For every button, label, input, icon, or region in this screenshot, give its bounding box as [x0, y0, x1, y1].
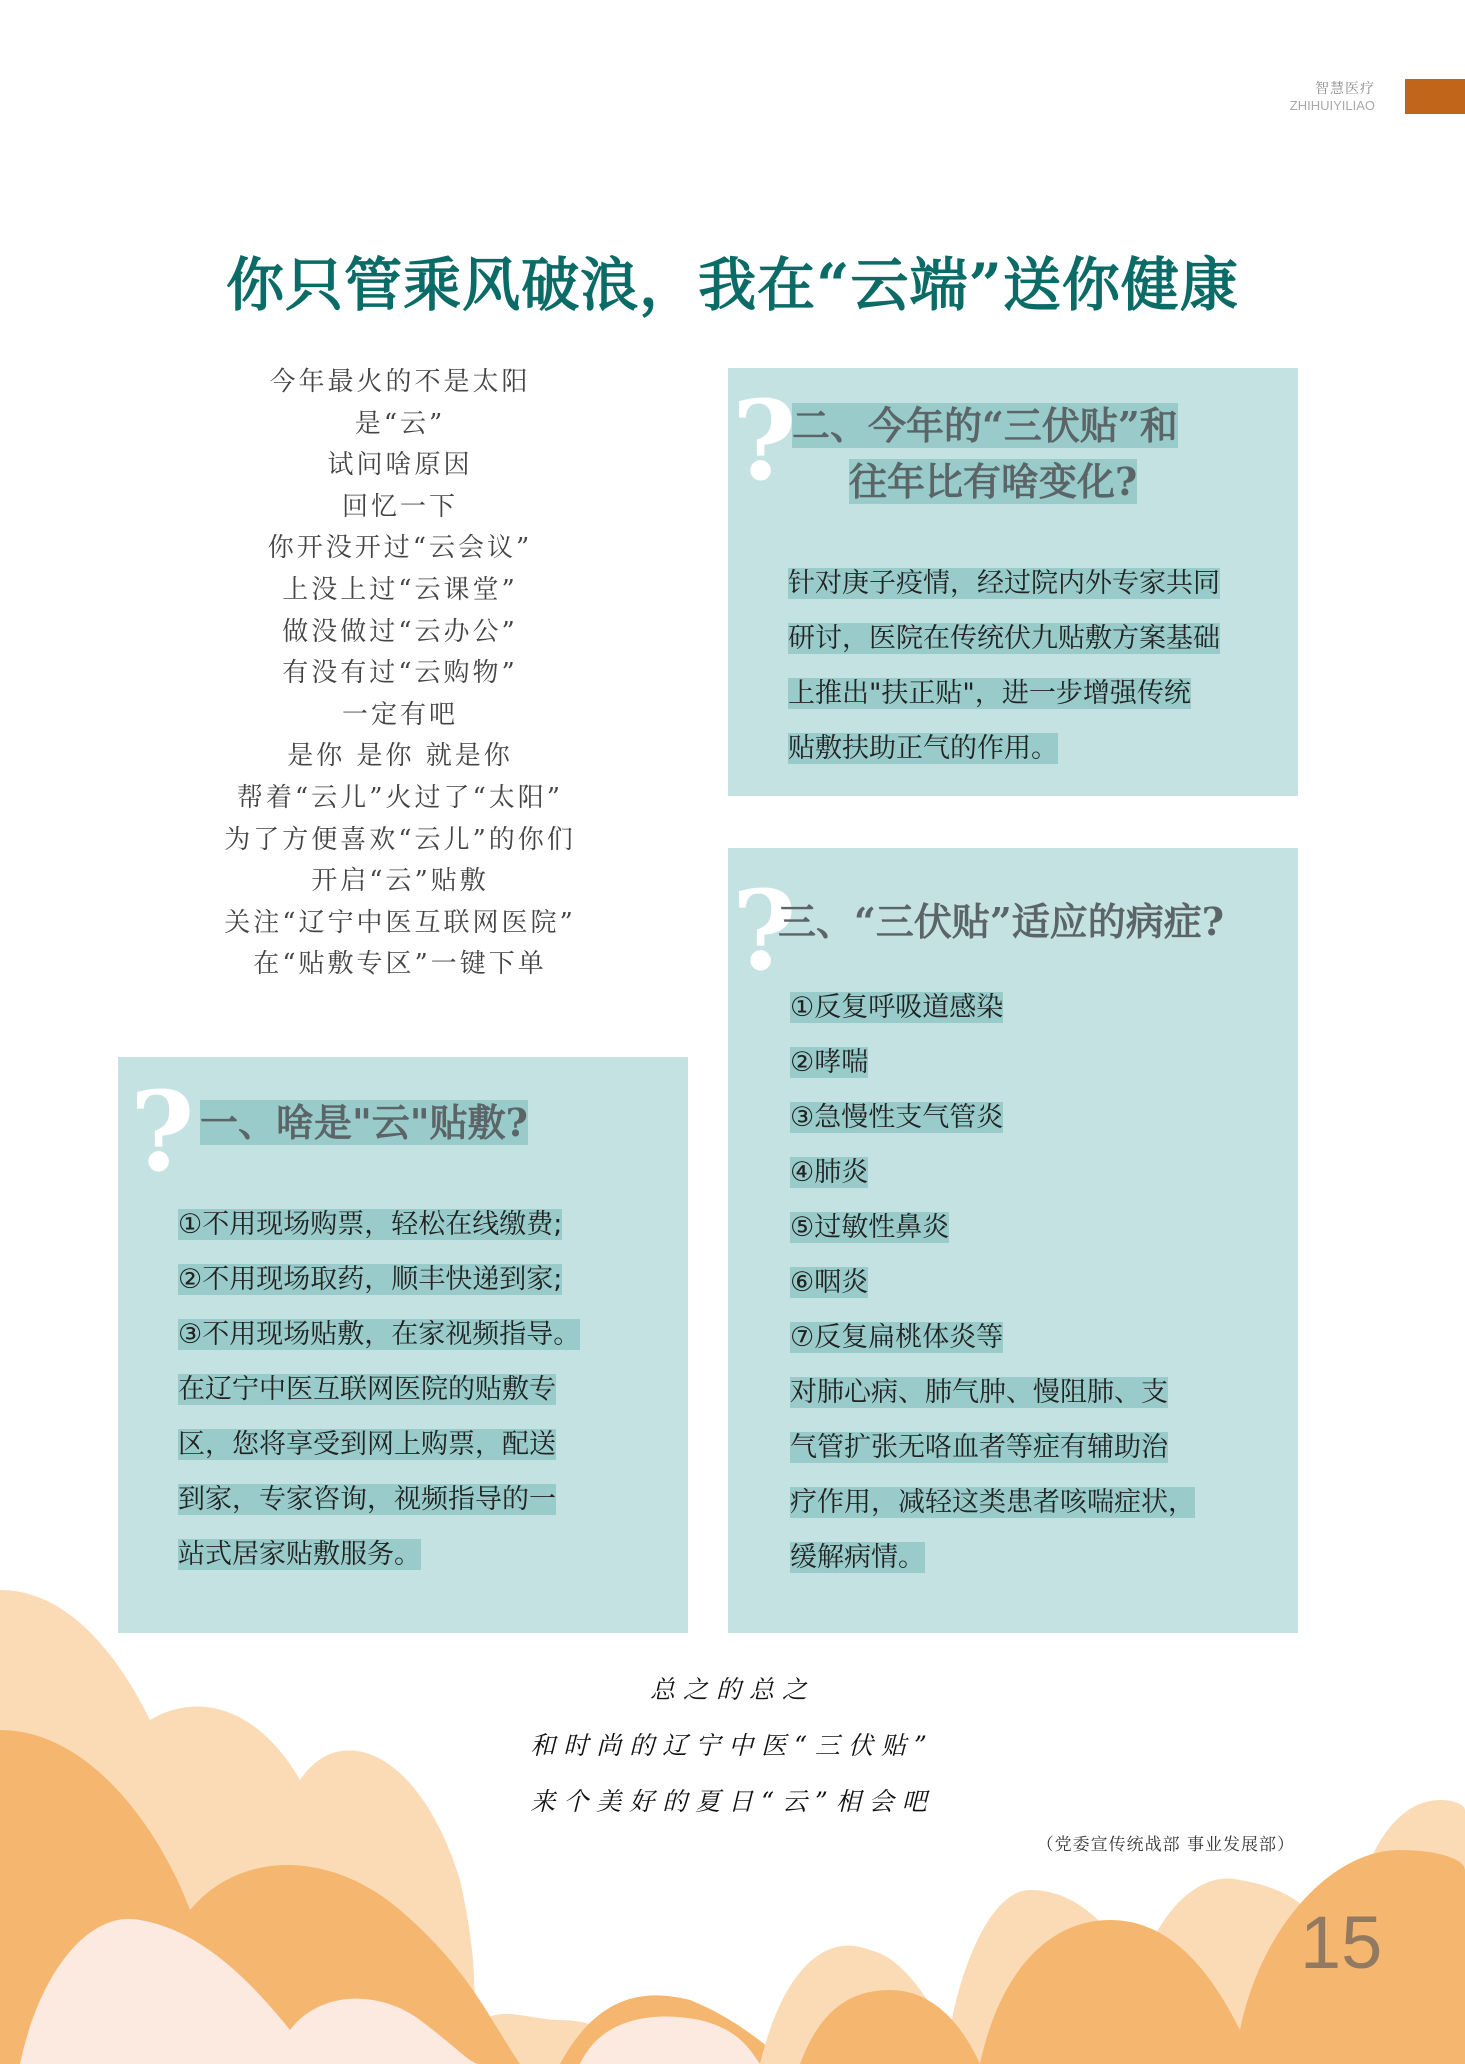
poem-line: 帮着“云儿”火过了“太阳” — [150, 778, 650, 820]
indication-list: ①反复呼吸道感染 ②哮喘 ③急慢性支气管炎 ④肺炎 ⑤过敏性鼻炎 ⑥咽炎 ⑦反复… — [790, 980, 1195, 1585]
author-credit: （党委宣传统战部 事业发展部） — [1037, 1830, 1295, 1855]
body-line: ②不用现场取药，顺丰快递到家; — [178, 1264, 562, 1295]
body-line: 到家，专家咨询，视频指导的一 — [178, 1484, 556, 1515]
list-item: ⑦反复扁桃体炎等 — [790, 1322, 1003, 1353]
intro-poem: 今年最火的不是太阳 是“云” 试问啥原因 回忆一下 你开没开过“云会议” 上没上… — [150, 362, 650, 986]
closing-line: 总之的总之 — [0, 1662, 1465, 1718]
poem-line: 是“云” — [150, 404, 650, 446]
section-box-indications: ? 三、“三伏贴”适应的病症? ①反复呼吸道感染 ②哮喘 ③急慢性支气管炎 ④肺… — [728, 848, 1298, 1633]
body-line: 疗作用，减轻这类患者咳喘症状， — [790, 1487, 1195, 1518]
question-mark-icon: ? — [130, 1077, 194, 1187]
page-number: 15 — [1300, 1900, 1382, 1985]
list-item: ⑤过敏性鼻炎 — [790, 1212, 949, 1243]
body-line: ③不用现场贴敷，在家视频指导。 — [178, 1319, 580, 1350]
poem-line: 一定有吧 — [150, 695, 650, 737]
section-label-cn: 智慧医疗 — [1315, 78, 1375, 98]
poem-line: 上没上过“云课堂” — [150, 570, 650, 612]
body-line: ①不用现场购票，轻松在线缴费; — [178, 1209, 562, 1240]
body-line: 贴敷扶助正气的作用。 — [788, 733, 1058, 764]
section-box-changes: ? 二、今年的“三伏贴”和 往年比有啥变化? 针对庚子疫情，经过院内外专家共同 … — [728, 368, 1298, 796]
list-item: ①反复呼吸道感染 — [790, 992, 1003, 1023]
section-title: 一、啥是"云"贴敷? — [200, 1095, 528, 1151]
body-line: 对肺心病、肺气肿、慢阻肺、支 — [790, 1377, 1168, 1408]
section-label-en: ZHIHUIYILIAO — [1290, 98, 1375, 113]
section-title: 三、“三伏贴”适应的病症? — [778, 894, 1224, 950]
body-line: 上推出"扶正贴"，进一步增强传统 — [788, 678, 1191, 709]
closing-message: 总之的总之 和时尚的辽宁中医“三伏贴” 来个美好的夏日“云”相会吧 — [0, 1662, 1465, 1830]
closing-line: 来个美好的夏日“云”相会吧 — [0, 1774, 1465, 1830]
poem-line: 你开没开过“云会议” — [150, 528, 650, 570]
body-line: 针对庚子疫情，经过院内外专家共同 — [788, 568, 1220, 599]
poem-line: 是你 是你 就是你 — [150, 736, 650, 778]
poem-line: 开启“云”贴敷 — [150, 861, 650, 903]
question-mark-icon: ? — [732, 386, 796, 496]
section-accent-bar — [1405, 79, 1465, 114]
list-item: ③急慢性支气管炎 — [790, 1102, 1003, 1133]
poem-line: 今年最火的不是太阳 — [150, 362, 650, 404]
section-body: ①不用现场购票，轻松在线缴费; ②不用现场取药，顺丰快递到家; ③不用现场贴敷，… — [178, 1197, 580, 1582]
poem-line: 回忆一下 — [150, 487, 650, 529]
body-line: 研讨，医院在传统伏九贴敷方案基础 — [788, 623, 1220, 654]
list-item: ②哮喘 — [790, 1047, 868, 1078]
poem-line: 关注“辽宁中医互联网医院” — [150, 903, 650, 945]
body-line: 气管扩张无咯血者等症有辅助治 — [790, 1432, 1168, 1463]
body-line: 在辽宁中医互联网医院的贴敷专 — [178, 1374, 556, 1405]
section-box-what-is: ? 一、啥是"云"贴敷? ①不用现场购票，轻松在线缴费; ②不用现场取药，顺丰快… — [118, 1057, 688, 1633]
section-title-line1: 二、今年的“三伏贴”和 — [792, 398, 1178, 454]
poem-line: 有没有过“云购物” — [150, 653, 650, 695]
poem-line: 为了方便喜欢“云儿”的你们 — [150, 820, 650, 862]
list-item: ⑥咽炎 — [790, 1267, 868, 1298]
poem-line: 在“贴敷专区”一键下单 — [150, 944, 650, 986]
section-title-line2: 往年比有啥变化? — [849, 454, 1137, 510]
body-line: 区，您将享受到网上购票，配送 — [178, 1429, 556, 1460]
section-body: 针对庚子疫情，经过院内外专家共同 研讨，医院在传统伏九贴敷方案基础 上推出"扶正… — [788, 556, 1220, 776]
page-title: 你只管乘风破浪，我在“云端”送你健康 — [0, 238, 1465, 322]
list-item: ④肺炎 — [790, 1157, 868, 1188]
poem-line: 做没做过“云办公” — [150, 612, 650, 654]
closing-line: 和时尚的辽宁中医“三伏贴” — [0, 1718, 1465, 1774]
poem-line: 试问啥原因 — [150, 445, 650, 487]
